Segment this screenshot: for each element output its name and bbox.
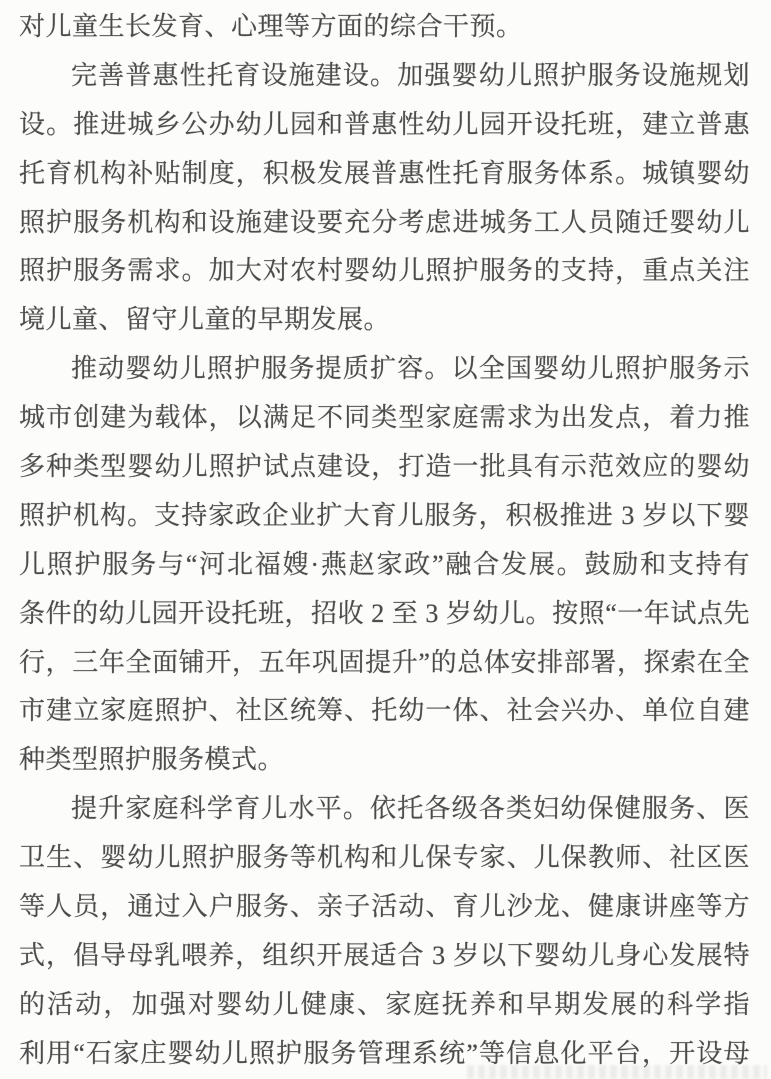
text-line: 行，三年全面铺开，五年巩固提升”的总体安排部署，探索在全 xyxy=(19,639,750,688)
text-line: 照护服务机构和设施建设要充分考虑进城务工人员随迁婴幼儿的 xyxy=(19,199,750,248)
text-line: 照护服务需求。加大对农村婴幼儿照护服务的支持，重点关注困 xyxy=(19,247,750,296)
text-line: 市建立家庭照护、社区统筹、托幼一体、社会兴办、单位自建多 xyxy=(19,687,750,736)
text-line: 托育机构补贴制度，积极发展普惠性托育服务体系。城镇婴幼儿 xyxy=(19,150,750,199)
text-line: 条件的幼儿园开设托班，招收 2 至 3 岁幼儿。按照“一年试点先 xyxy=(19,590,750,639)
text-line: 城市创建为载体，以满足不同类型家庭需求为出发点，着力推进 xyxy=(19,394,750,443)
document-page: 对儿童生长发育、心理等方面的综合干预。 完善普惠性托育设施建设。加强婴幼儿照护服… xyxy=(0,0,771,1079)
text-line: 儿照护服务与“河北福嫂·燕赵家政”融合发展。鼓励和支持有 xyxy=(19,541,750,590)
text-line: 提升家庭科学育儿水平。依托各级各类妇幼保健服务、医疗 xyxy=(19,785,750,834)
text-line: 种类型照护服务模式。 xyxy=(19,736,750,785)
text-line: 完善普惠性托育设施建设。加强婴幼儿照护服务设施规划建 xyxy=(19,52,750,101)
text-line: 等人员，通过入户服务、亲子活动、育儿沙龙、健康讲座等方 xyxy=(19,883,750,932)
text-line: 的活动，加强对婴幼儿健康、家庭抚养和早期发展的科学指导。 xyxy=(19,981,750,1030)
text-line: 照护机构。支持家政企业扩大育儿服务，积极推进 3 岁以下婴幼 xyxy=(19,492,750,541)
text-line: 多种类型婴幼儿照护试点建设，打造一批具有示范效应的婴幼儿 xyxy=(19,443,750,492)
text-line: 境儿童、留守儿童的早期发展。 xyxy=(19,296,750,345)
text-line: 卫生、婴幼儿照护服务等机构和儿保专家、儿保教师、社区医生 xyxy=(19,834,750,883)
text-line: 推动婴幼儿照护服务提质扩容。以全国婴幼儿照护服务示范 xyxy=(19,345,750,394)
text-line: 式，倡导母乳喂养，组织开展适合 3 岁以下婴幼儿身心发展特点 xyxy=(19,932,750,981)
watermark-stripe xyxy=(467,1065,767,1079)
text-line: 设。推进城乡公办幼儿园和普惠性幼儿园开设托班，建立普惠性 xyxy=(19,101,750,150)
text-line: 对儿童生长发育、心理等方面的综合干预。 xyxy=(19,3,750,52)
document-text-block: 对儿童生长发育、心理等方面的综合干预。 完善普惠性托育设施建设。加强婴幼儿照护服… xyxy=(19,3,750,1079)
